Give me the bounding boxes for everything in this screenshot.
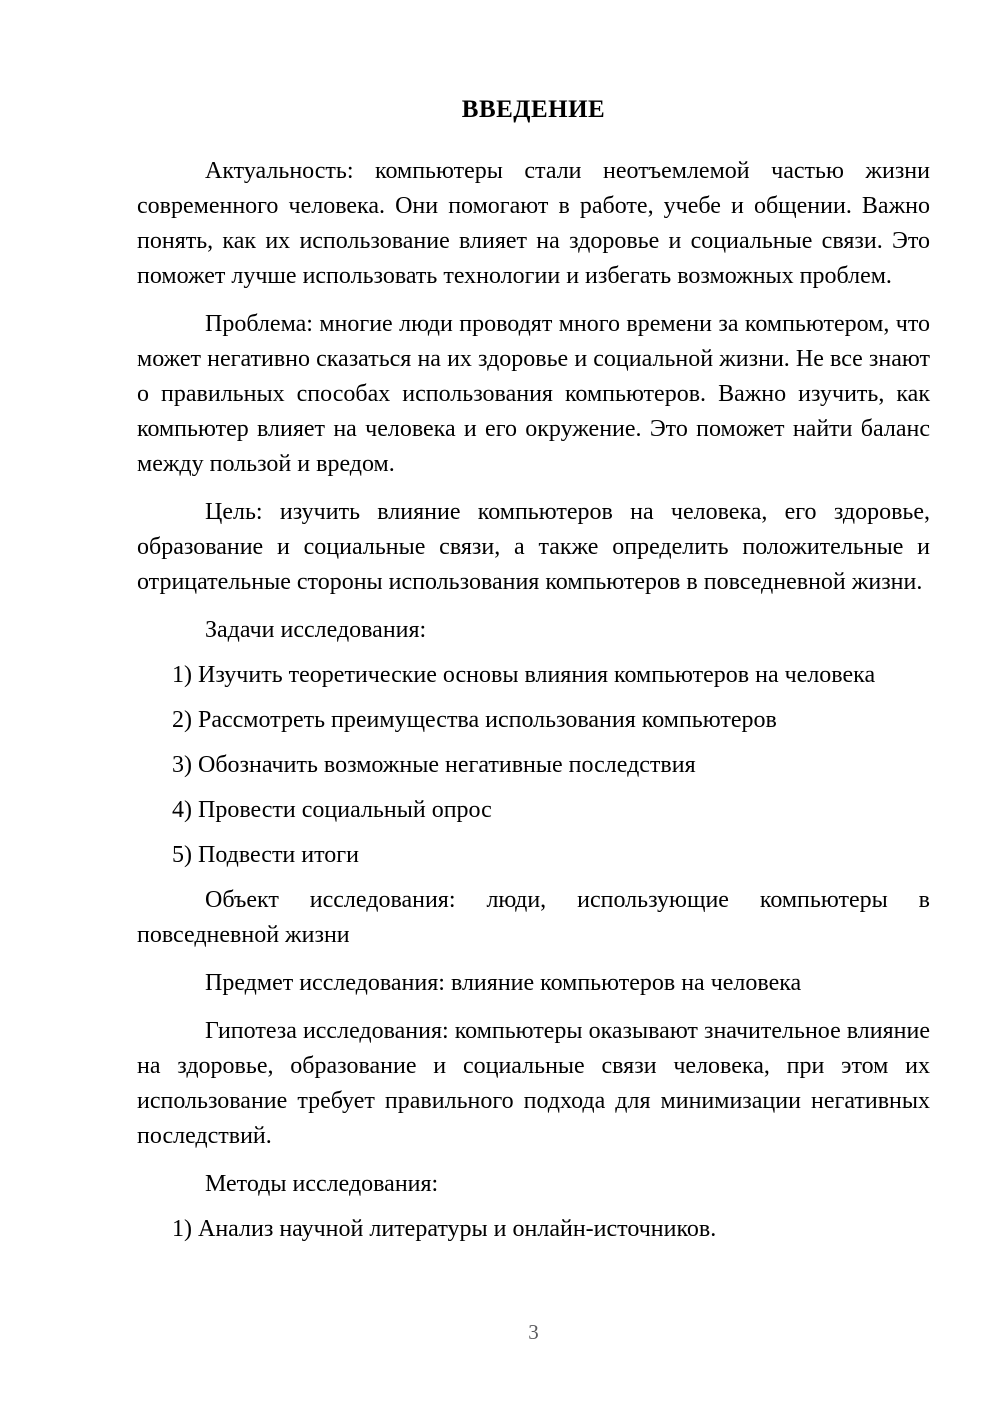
task-item-4: 4) Провести социальный опрос xyxy=(137,793,930,828)
methods-heading: Методы исследования: xyxy=(137,1167,930,1202)
paragraph-goal: Цель: изучить влияние компьютеров на чел… xyxy=(137,495,930,600)
paragraph-subject: Предмет исследования: влияние компьютеро… xyxy=(137,966,930,1001)
paragraph-hypothesis: Гипотеза исследования: компьютеры оказыв… xyxy=(137,1014,930,1154)
method-item-1: 1) Анализ научной литературы и онлайн-ис… xyxy=(137,1212,930,1247)
task-item-3: 3) Обозначить возможные негативные после… xyxy=(137,748,930,783)
page-content: ВВЕДЕНИЕ Актуальность: компьютеры стали … xyxy=(137,92,930,1257)
page-title: ВВЕДЕНИЕ xyxy=(137,92,930,127)
paragraph-problem: Проблема: многие люди проводят много вре… xyxy=(137,307,930,482)
task-item-5: 5) Подвести итоги xyxy=(137,838,930,873)
task-item-2: 2) Рассмотреть преимущества использовани… xyxy=(137,703,930,738)
task-item-1: 1) Изучить теоретические основы влияния … xyxy=(137,658,930,693)
tasks-heading: Задачи исследования: xyxy=(137,613,930,648)
paragraph-object: Объект исследования: люди, использующие … xyxy=(137,883,930,953)
paragraph-relevance: Актуальность: компьютеры стали неотъемле… xyxy=(137,154,930,294)
document-page: ВВЕДЕНИЕ Актуальность: компьютеры стали … xyxy=(0,0,1000,1414)
page-number: 3 xyxy=(137,1320,930,1345)
